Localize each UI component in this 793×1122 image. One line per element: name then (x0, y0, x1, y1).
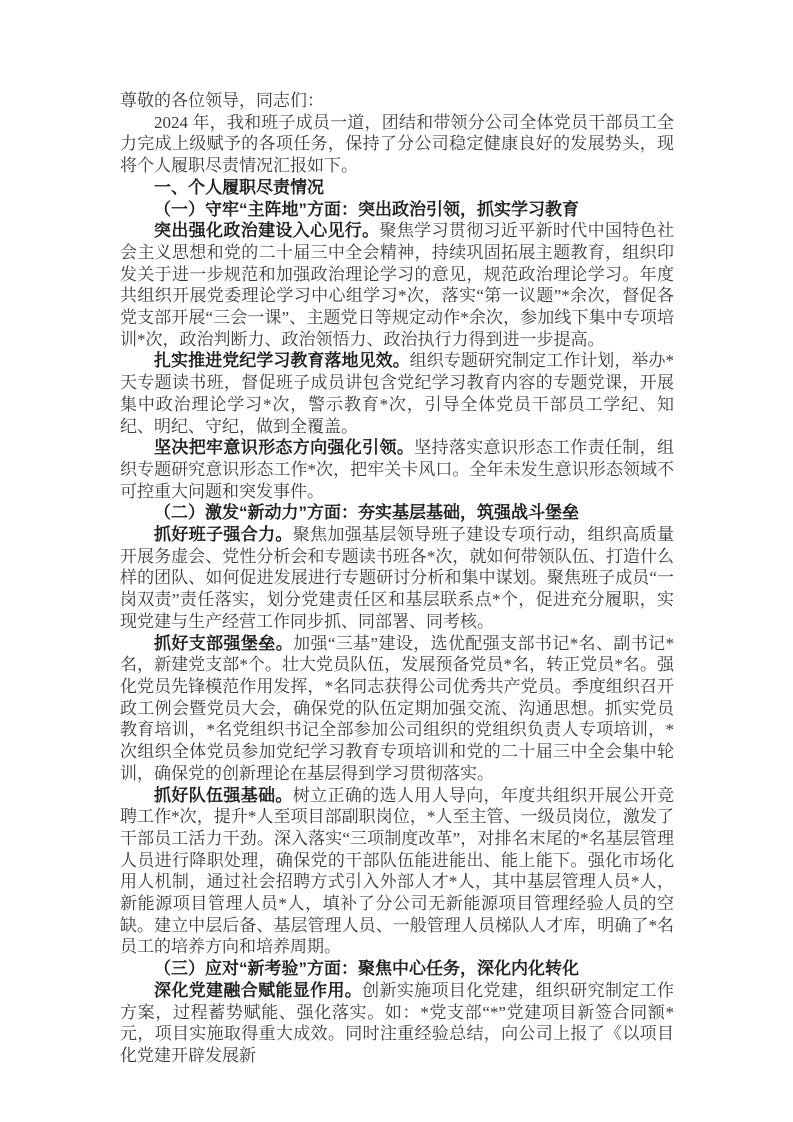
paragraph-body: 加强“三基”建设，选优配强支部书记*名、副书记*名，新建党支部*个。壮大党员队伍… (120, 634, 674, 783)
section-heading-level-1: 一、个人履职尽责情况 (120, 177, 674, 199)
paragraph-lead: 坚决把牢意识形态方向强化引领。 (154, 438, 414, 457)
salutation-line: 尊敬的各位领导，同志们： (120, 90, 674, 112)
paragraph-lead: 深化党建融合赋能显作用。 (154, 981, 362, 1000)
paragraph: 突出强化政治建设入心见行。聚焦学习贯彻习近平新时代中国特色社会主义思想和党的二十… (120, 220, 674, 350)
paragraph: 抓好队伍强基础。树立正确的选人用人导向，年度共组织开展公开竞聘工作*次，提升*人… (120, 785, 674, 959)
section-heading-level-2: （一）守牢“主阵地”方面：突出政治引领，抓实学习教育 (120, 199, 674, 221)
document-content: 尊敬的各位领导，同志们：2024 年，我和班子成员一道，团结和带领分公司全体党员… (120, 90, 674, 1067)
paragraph: 坚决把牢意识形态方向强化引领。坚持落实意识形态工作责任制，组织专题研究意识形态工… (120, 437, 674, 502)
section-heading-level-2: （三）应对“新考验”方面：聚焦中心任务，深化内化转化 (120, 958, 674, 980)
paragraph: 2024 年，我和班子成员一道，团结和带领分公司全体党员干部员工全力完成上级赋予… (120, 112, 674, 177)
document-page: 尊敬的各位领导，同志们：2024 年，我和班子成员一道，团结和带领分公司全体党员… (0, 0, 793, 1122)
paragraph: 抓好支部强堡垒。加强“三基”建设，选优配强支部书记*名、副书记*名，新建党支部*… (120, 633, 674, 785)
paragraph-lead: 突出强化政治建设入心见行。 (154, 221, 379, 240)
paragraph-body: 聚焦学习贯彻习近平新时代中国特色社会主义思想和党的二十届三中全会精神，持续巩固拓… (120, 221, 674, 349)
paragraph-lead: 抓好队伍强基础。 (154, 786, 293, 805)
paragraph-lead: 扎实推进党纪学习教育落地见效。 (154, 351, 410, 370)
paragraph: 抓好班子强合力。聚焦加强基层领导班子建设专项行动，组织高质量开展务虚会、党性分析… (120, 524, 674, 633)
paragraph: 深化党建融合赋能显作用。创新实施项目化党建，组织研究制定工作方案，过程蓄势赋能、… (120, 980, 674, 1067)
paragraph-lead: 抓好班子强合力。 (154, 525, 293, 544)
paragraph-lead: 抓好支部强堡垒。 (154, 634, 293, 653)
paragraph: 扎实推进党纪学习教育落地见效。组织专题研究制定工作计划，举办*天专题读书班，督促… (120, 350, 674, 437)
section-heading-level-2: （二）激发“新动力”方面：夯实基层基础，筑强战斗堡垒 (120, 502, 674, 524)
paragraph-body: 树立正确的选人用人导向，年度共组织开展公开竞聘工作*次，提升*人至项目部副职岗位… (120, 786, 674, 957)
